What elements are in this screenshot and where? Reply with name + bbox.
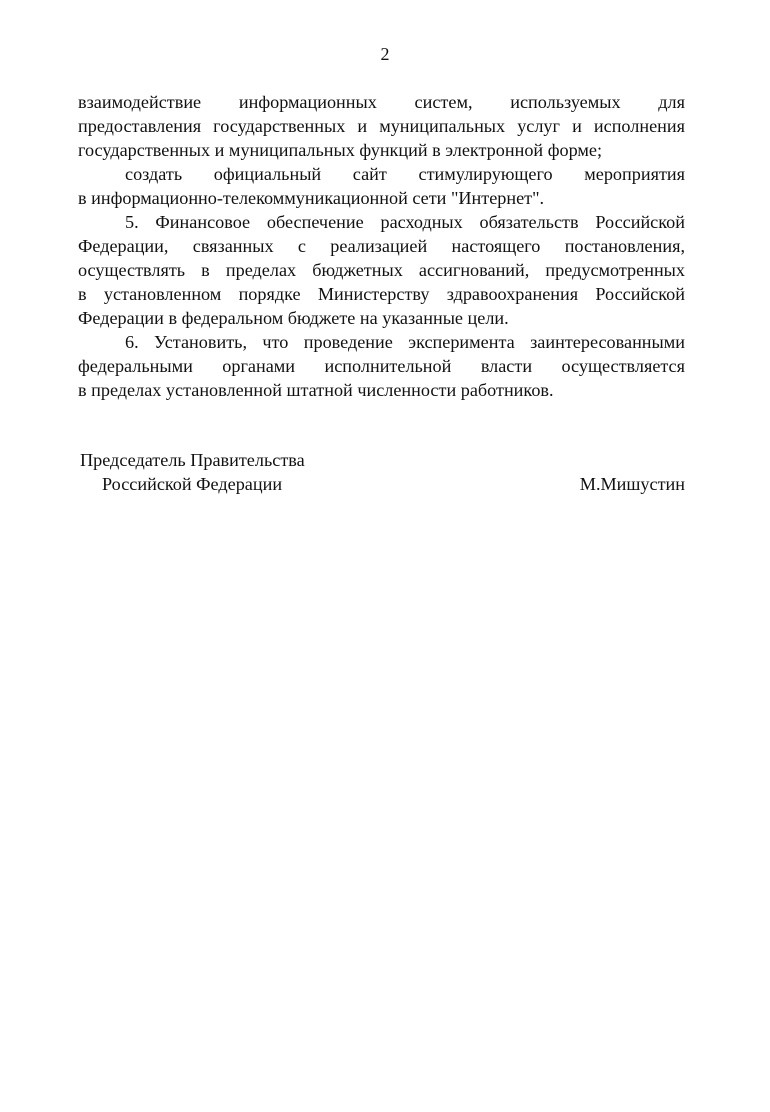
text-line: в пределах установленной штатной численн… (78, 378, 685, 402)
text-line: создать официальный сайт стимулирующего … (78, 162, 685, 186)
document-body: взаимодействие информационных систем, ис… (78, 90, 685, 402)
paragraph-interaction: взаимодействие информационных систем, ис… (78, 90, 685, 162)
text-line: предоставления государственных и муницип… (78, 114, 685, 138)
text-line: 5. Финансовое обеспечение расходных обяз… (78, 210, 685, 234)
text-line: 6. Установить, что проведение эксперимен… (78, 330, 685, 354)
page-number: 2 (0, 44, 770, 65)
text-line: в установленном порядке Министерству здр… (78, 282, 685, 306)
text-line: взаимодействие информационных систем, ис… (78, 90, 685, 114)
signatory-title-line2: Российской Федерации (102, 472, 282, 496)
signatory-name: М.Мишустин (580, 472, 685, 496)
text-line: Федерации в федеральном бюджете на указа… (78, 306, 685, 330)
paragraph-item-5: 5. Финансовое обеспечение расходных обяз… (78, 210, 685, 330)
text-line: осуществлять в пределах бюджетных ассигн… (78, 258, 685, 282)
signatory-title-line1: Председатель Правительства (80, 448, 305, 472)
text-line: федеральными органами исполнительной вла… (78, 354, 685, 378)
text-line: в информационно-телекоммуникационной сет… (78, 186, 685, 210)
paragraph-create-website: создать официальный сайт стимулирующего … (78, 162, 685, 210)
document-page: 2 взаимодействие информационных систем, … (0, 0, 770, 1112)
text-line: Федерации, связанных с реализацией насто… (78, 234, 685, 258)
paragraph-item-6: 6. Установить, что проведение эксперимен… (78, 330, 685, 402)
text-line: государственных и муниципальных функций … (78, 138, 685, 162)
